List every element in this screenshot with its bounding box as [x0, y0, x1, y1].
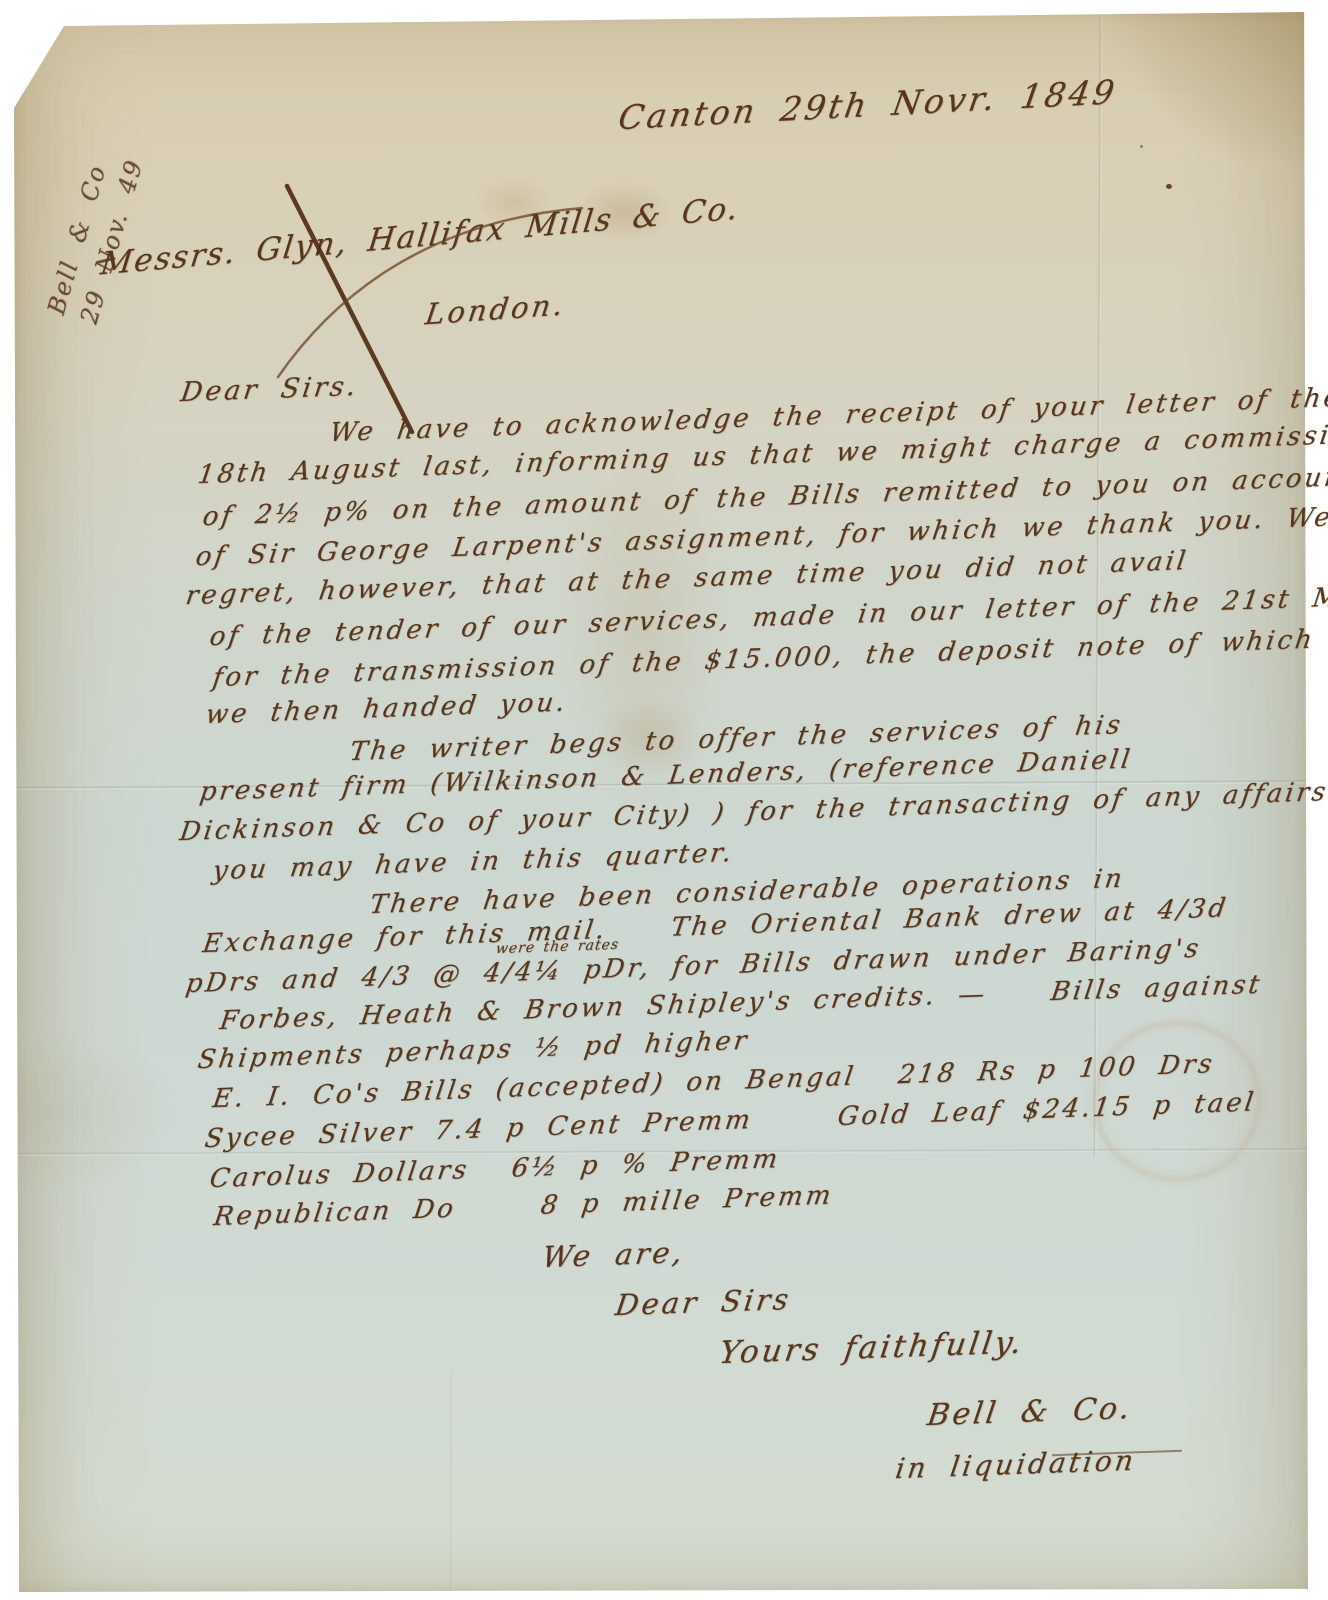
ink-speck — [1140, 145, 1143, 148]
closing-we-are: We are, — [540, 1235, 687, 1274]
signature: Bell & Co. — [925, 1391, 1135, 1433]
ink-speck — [1166, 184, 1172, 189]
closing-dear-sirs: Dear Sirs — [613, 1282, 793, 1322]
fold-crease-vertical-bottom — [450, 1372, 454, 1590]
salutation: Dear Sirs. — [179, 371, 361, 408]
